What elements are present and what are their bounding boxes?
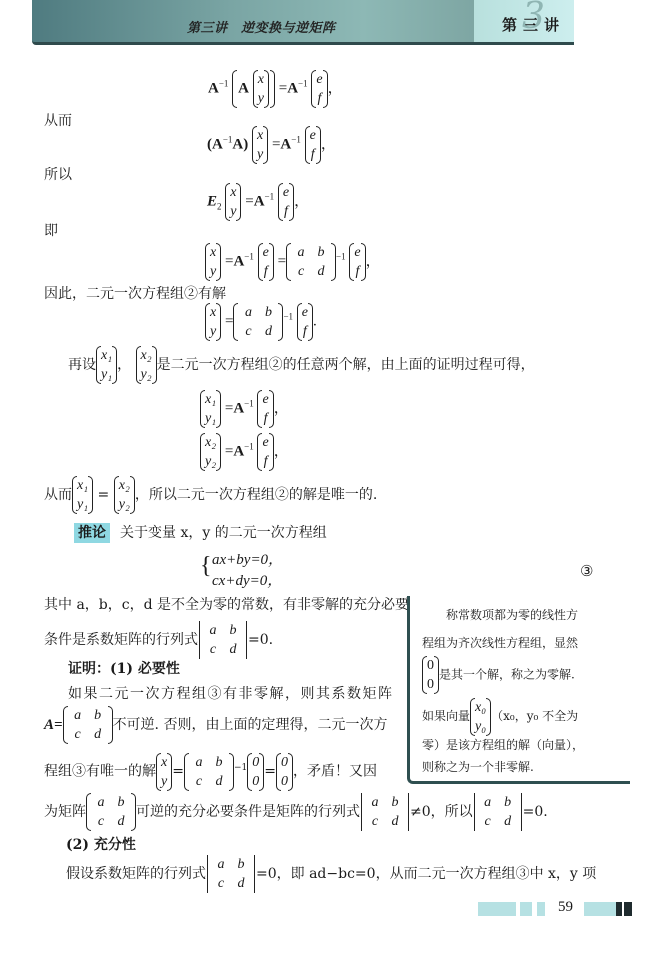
equation-label-3: ③ [580,562,593,580]
footer-decor-block [478,902,516,916]
corollary-badge: 推论 [74,523,110,543]
side-note-line-2: 程组为齐次线性方程组，显然 [422,634,578,652]
proof-1-p2: A=abcd不可逆. 否则，由上面的定理得，二元一次方 [44,705,387,745]
side-note-line-4: 如果向量x₀y₀（x₀，y₀ 不全为 [422,696,578,736]
chapter-tab-label: 第三讲 [502,14,565,35]
equation-6: x₁y₁ =A−1 ef， [200,390,289,428]
system-brace-icon: { [200,546,212,586]
proof-2-p1: 假设系数矩阵的行列式abcd=0，即 ad−bc=0，从而二元一次方程组③中 x… [66,854,596,894]
proof-1-p4: 为矩阵abcd可逆的充分必要条件是矩阵的行列式abcd≠0，所以abcd=0. [44,792,548,832]
system-eq-2: cx+dy=0， [212,569,282,590]
proof-2-title: (2) 充分性 [66,836,136,854]
side-note-line-6: 则称之为一个非零解. [422,758,534,776]
text-zaishe: 再设x₁y₁， x₂y₂是二元一次方程组②的任意两个解，由上面的证明过程可得， [68,345,535,385]
equation-7: x₂y₂ =A−1 ef， [200,433,289,471]
side-note: 称常数项都为零的线性方 程组为齐次线性方程组，显然 00是其一个解，称之为零解.… [407,596,630,784]
text-qizhong: 其中 a，b，c，d 是不全为零的常数，有非零解的充分必要 [44,596,409,614]
proof-1-p3: 程组③有唯一的解xy=abcd−100=00，矛盾！又因 [44,748,377,792]
text-congeer: 从而 [44,112,72,130]
text-suoyi: 所以 [44,166,72,184]
system-eq-1: ax+by=0， [212,548,283,569]
footer-decor-block [520,902,532,916]
proof-1-p1: 如果二元一次方程组③有非零解，则其系数矩阵 [68,685,394,703]
footer-decor-block [584,902,616,916]
corollary-intro: 关于变量 x，y 的二元一次方程组 [120,524,327,542]
footer-decor-dark [624,902,632,916]
equation-4: xy =A−1 ef =abcd−1 ef， [205,243,381,281]
text-tiaojian: 条件是系数矩阵的行列式abcd=0. [44,620,273,660]
side-note-line-3: 00是其一个解，称之为零解. [422,656,575,694]
side-note-line-5: 零）是该方程组的解（向量）， [422,736,584,754]
equation-2: (A−1A) xy =A−1 ef， [207,126,336,164]
proof-1-title: 证明：(1) 必要性 [68,660,180,678]
text-conger-unique: 从而x₁y₁ = x₂y₂，所以二元一次方程组②的解是唯一的. [44,475,377,515]
text-ji: 即 [44,222,58,240]
equation-5: xy =abcd−1 ef. [205,303,317,341]
equation-3: E2 xy =A−1 ef， [207,183,309,221]
text-yinci: 因此，二元一次方程组②有解 [44,285,226,303]
footer-decor-block [537,902,545,916]
page-number: 59 [558,899,573,916]
side-note-line-1: 称常数项都为零的线性方 [446,606,578,624]
footer-decor-dark [616,902,622,916]
chapter-title: 第三讲 逆变换与逆矩阵 [187,17,336,36]
equation-1: A−1 A xy =A−1 ef， [208,70,343,108]
